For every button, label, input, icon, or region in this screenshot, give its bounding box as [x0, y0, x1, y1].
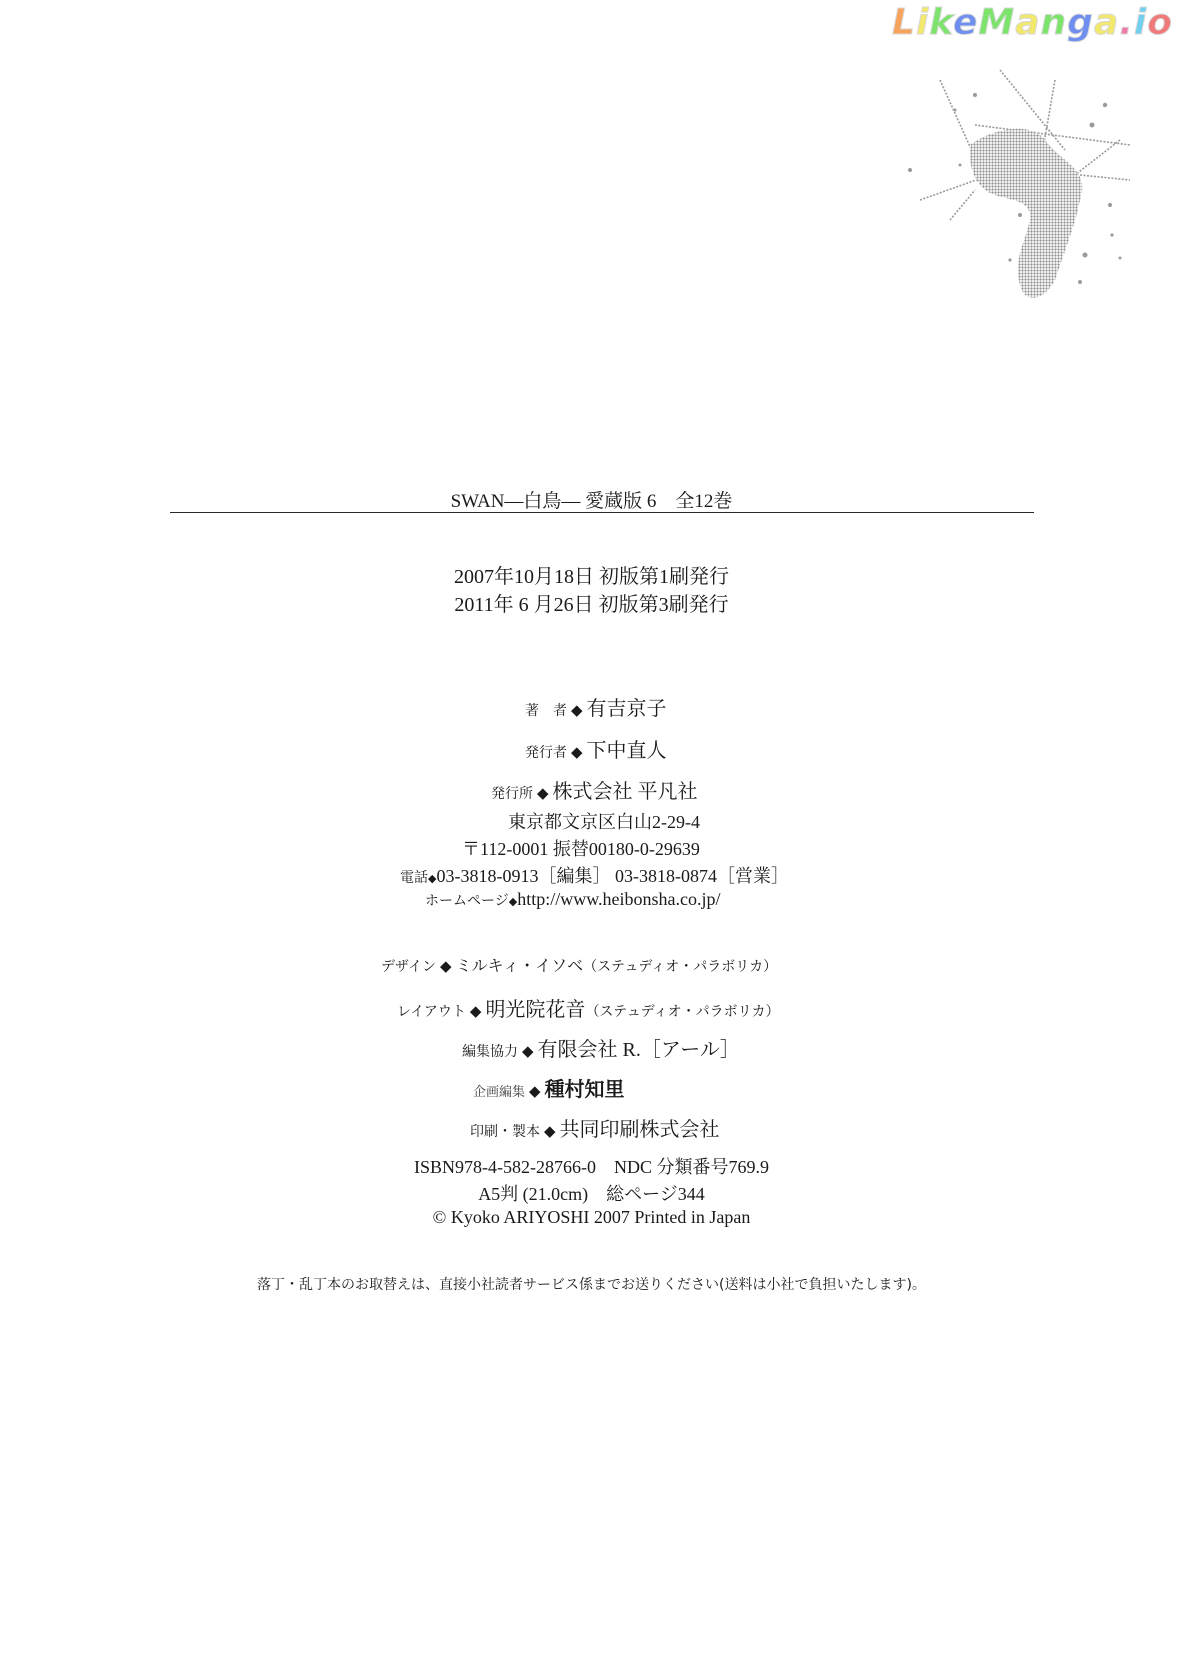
homepage-link[interactable]: http://www.heibonsha.co.jp/ [517, 889, 720, 909]
watermark-letter: M [978, 2, 1015, 43]
diamond-icon: ◆ [470, 1004, 482, 1020]
first-print-date: 2007年10月18日 初版第1刷発行 [0, 563, 1183, 591]
watermark-letter: n [1041, 2, 1068, 43]
watermark-letter: i [916, 2, 929, 43]
issuer-row: 発行者◆下中直人 [525, 734, 667, 763]
publisher-postal: 〒112-0001 振替00180-0-29639 [462, 835, 700, 861]
credit-printing: 印刷・製本◆共同印刷株式会社 [470, 1113, 720, 1142]
site-watermark-logo: LikeManga.io [892, 2, 1173, 43]
credit-design: デザイン◆ミルキィ・イソベ（ステュディオ・パラボリカ） [381, 953, 777, 977]
watermark-letter: i [1134, 2, 1147, 43]
watermark-letter: a [1094, 2, 1119, 43]
diamond-icon: ◆ [571, 703, 583, 719]
book-title: SWAN—白鳥— 愛蔵版 6 全12巻 [0, 486, 1183, 513]
publisher-label: 発行所 [491, 786, 533, 802]
author-name: 有吉京子 [587, 698, 667, 720]
credit-label: 編集協力 [462, 1044, 518, 1060]
replacement-notice: 落丁・乱丁本のお取替えは、直接小社読者サービス係までお送りください(送料は小社で… [0, 1274, 1183, 1294]
credit-label: 印刷・製本 [470, 1124, 540, 1140]
copyright-line: © Kyoko ARIYOSHI 2007 Printed in Japan [0, 1207, 1183, 1228]
watermark-letter: g [1067, 2, 1094, 43]
feather-icon [880, 50, 1130, 310]
publisher-phone-row: 電話◆03-3818-0913［編集］ 03-3818-0874［営業］ [400, 862, 789, 888]
credit-label: レイアウト [397, 1004, 466, 1020]
watermark-letter: . [1119, 2, 1134, 43]
diamond-icon: ◆ [522, 1044, 534, 1060]
watermark-letter: L [892, 2, 916, 43]
diamond-icon: ◆ [571, 745, 583, 761]
issuer-name: 下中直人 [587, 740, 667, 762]
diamond-icon: ◆ [440, 959, 452, 975]
watermark-letter: e [953, 2, 978, 43]
title-divider [170, 512, 1034, 513]
credit-planning-editor: 企画編集◆種村知里 [473, 1073, 625, 1102]
credit-note: （ステュディオ・パラボリカ） [583, 959, 777, 975]
credit-value: 有限会社 R.［アール］ [538, 1039, 740, 1061]
phone-label: 電話 [400, 870, 428, 886]
publisher-address: 東京都文京区白山2-29-4 [508, 808, 700, 834]
credit-value: 共同印刷株式会社 [560, 1119, 720, 1141]
phone-numbers: 03-3818-0913［編集］ 03-3818-0874［営業］ [436, 866, 788, 886]
print-dates: 2007年10月18日 初版第1刷発行 2011年 6 月26日 初版第3刷発行 [0, 563, 1183, 619]
diamond-icon: ◆ [537, 786, 549, 802]
publisher-name: 株式会社 平凡社 [553, 781, 698, 803]
issuer-label: 発行者 [525, 745, 567, 761]
homepage-label: ホームページ [425, 893, 509, 909]
small-diamond-icon: ◆ [509, 896, 517, 908]
credit-label: デザイン [381, 959, 436, 975]
isbn-line: ISBN978-4-582-28766-0 NDC 分類番号769.9 [0, 1153, 1183, 1179]
author-label: 著 者 [525, 703, 567, 719]
credit-note: （ステュディオ・パラボリカ） [585, 1004, 779, 1020]
credit-value: 明光院花音 [485, 999, 585, 1021]
credit-value: 種村知里 [545, 1079, 625, 1101]
feather-illustration [880, 50, 1130, 310]
credit-label: 企画編集 [473, 1085, 525, 1100]
credit-editorial-cooperation: 編集協力◆有限会社 R.［アール］ [462, 1033, 740, 1062]
diamond-icon: ◆ [529, 1084, 541, 1100]
format-line: A5判 (21.0cm) 総ページ344 [0, 1180, 1183, 1206]
diamond-icon: ◆ [544, 1124, 556, 1140]
publisher-homepage-row: ホームページ◆http://www.heibonsha.co.jp/ [425, 889, 721, 910]
credit-layout: レイアウト◆明光院花音（ステュディオ・パラボリカ） [397, 993, 779, 1022]
publisher-row: 発行所◆株式会社 平凡社 [491, 775, 698, 804]
watermark-letter: k [929, 2, 953, 43]
credit-value: ミルキィ・イソベ [456, 956, 584, 975]
author-row: 著 者◆有吉京子 [525, 692, 667, 721]
watermark-letter: a [1015, 2, 1040, 43]
watermark-letter: o [1147, 2, 1173, 43]
third-print-date: 2011年 6 月26日 初版第3刷発行 [0, 591, 1183, 619]
